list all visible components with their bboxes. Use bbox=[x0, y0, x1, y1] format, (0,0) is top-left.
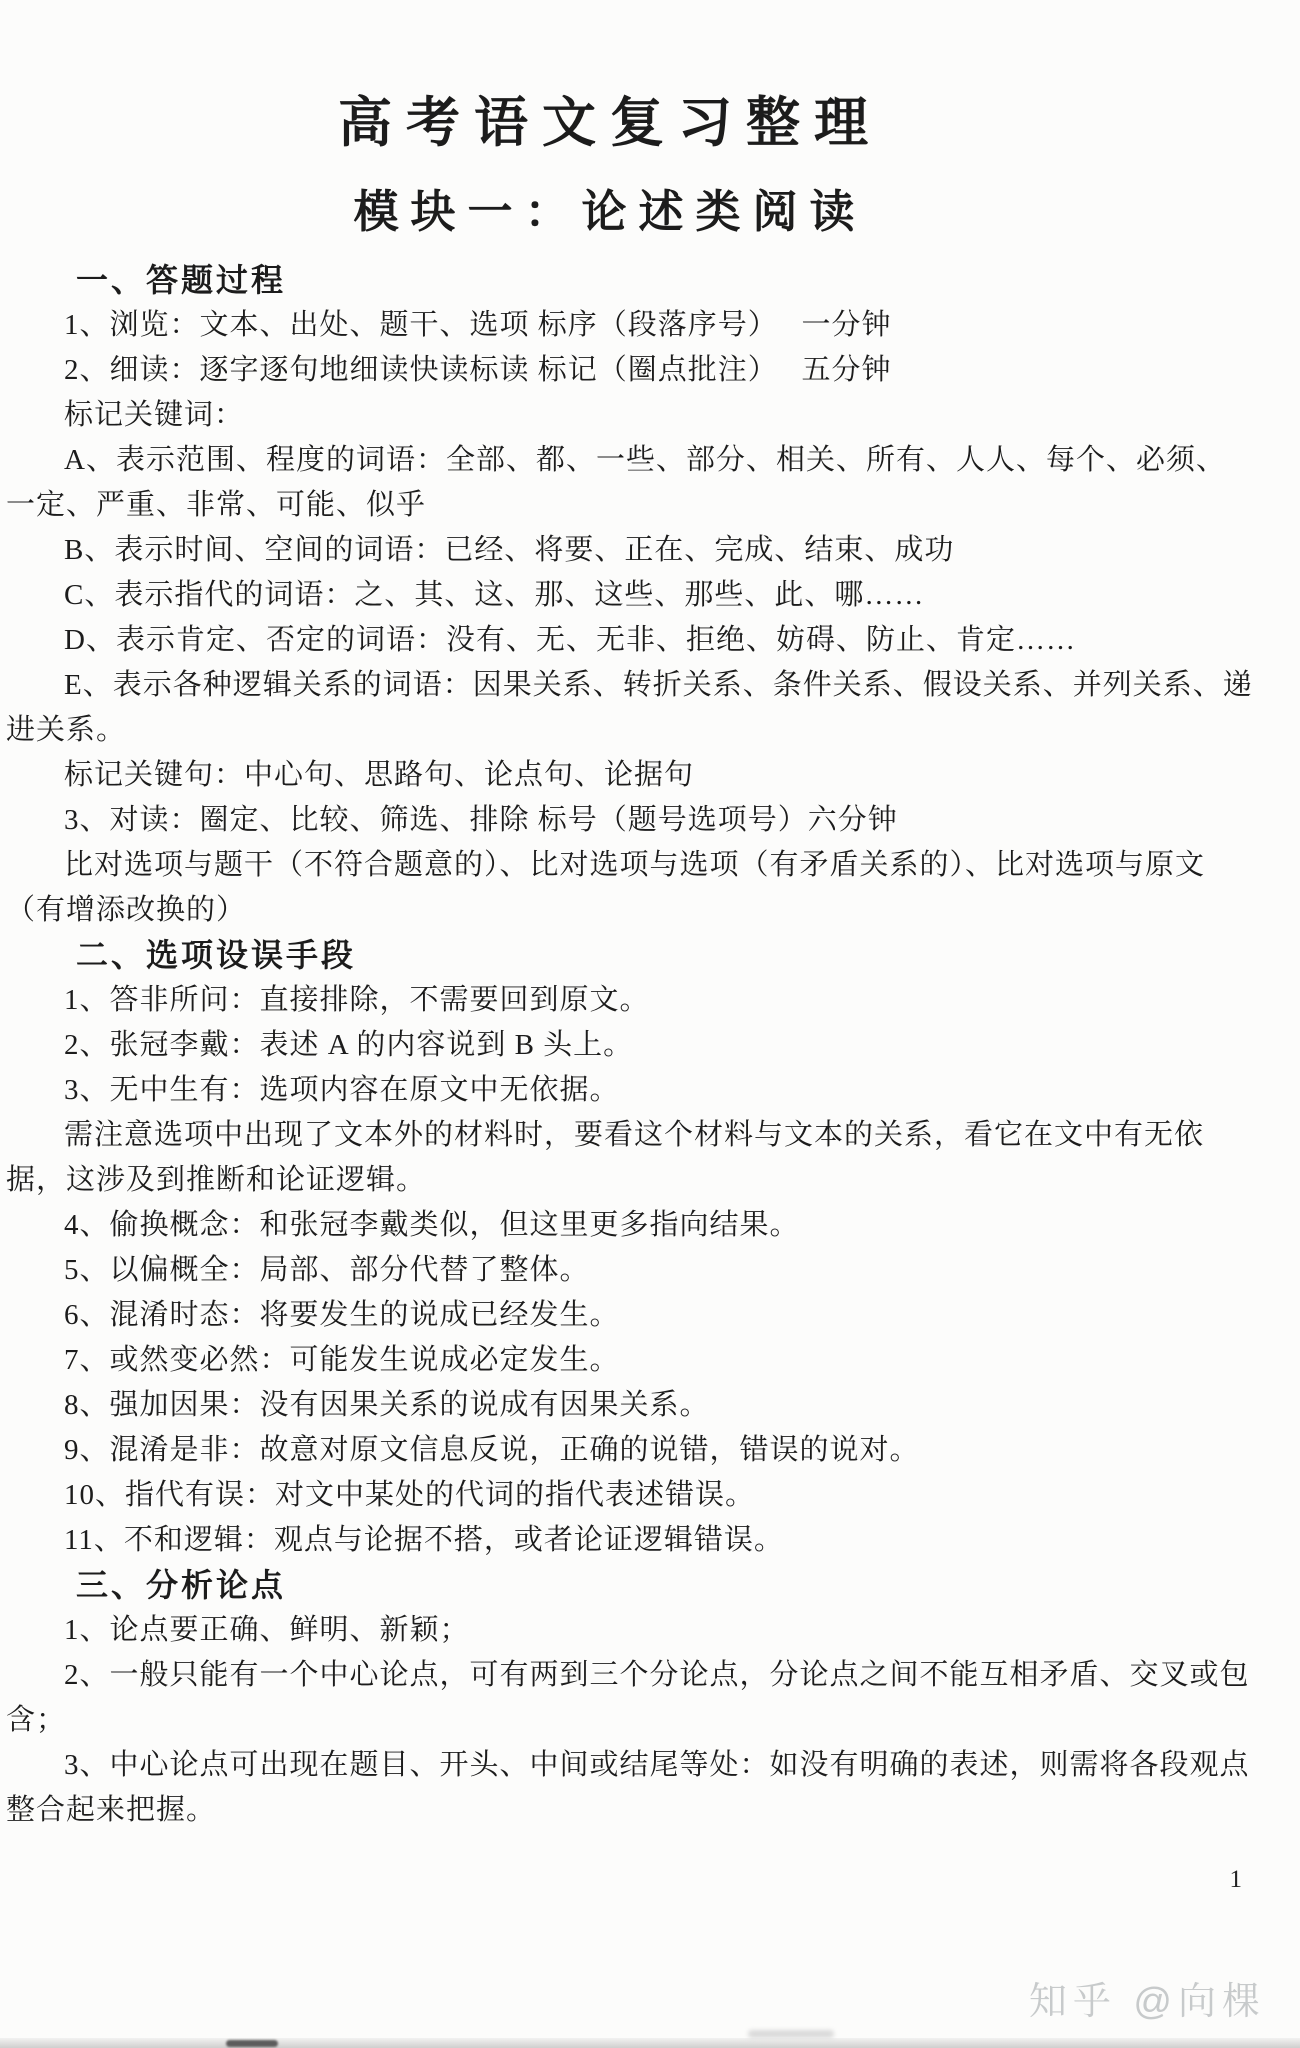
body-paragraph: 8、强加因果：没有因果关系的说成有因果关系。 bbox=[6, 1383, 1254, 1428]
page-title: 高考语文复习整理 bbox=[6, 92, 1214, 154]
body-paragraph: 5、以偏概全：局部、部分代替了整体。 bbox=[6, 1248, 1254, 1293]
page-number: 1 bbox=[1230, 1866, 1243, 1894]
body-paragraph: 3、中心论点可出现在题目、开头、中间或结尾等处：如没有明确的表述，则需将各段观点… bbox=[6, 1743, 1254, 1833]
body-paragraph: B、表示时间、空间的词语：已经、将要、正在、完成、结束、成功 bbox=[6, 528, 1254, 573]
body-paragraph: 9、混淆是非：故意对原文信息反说，正确的说错，错误的说对。 bbox=[6, 1428, 1254, 1473]
body-paragraph: 标记关键句：中心句、思路句、论点句、论据句 bbox=[6, 753, 1254, 798]
body-paragraph: 标记关键词： bbox=[6, 393, 1254, 438]
body-paragraph: 比对选项与题干（不符合题意的）、比对选项与选项（有矛盾关系的）、比对选项与原文（… bbox=[6, 843, 1254, 933]
section-heading: 一、答题过程 bbox=[76, 258, 1254, 303]
body-paragraph: 11、不和逻辑：观点与论据不搭，或者论证逻辑错误。 bbox=[6, 1518, 1254, 1563]
section-heading: 二、选项设误手段 bbox=[76, 933, 1254, 978]
body-paragraph: 1、浏览：文本、出处、题干、选项 标序（段落序号） 一分钟 bbox=[6, 303, 1254, 348]
section-paragraphs: 1、论点要正确、鲜明、新颖；2、一般只能有一个中心论点，可有两到三个分论点，分论… bbox=[6, 1608, 1254, 1833]
body-paragraph: D、表示肯定、否定的词语：没有、无、无非、拒绝、妨碍、防止、肯定…… bbox=[6, 618, 1254, 663]
section-answer-process: 一、答题过程 1、浏览：文本、出处、题干、选项 标序（段落序号） 一分钟2、细读… bbox=[6, 258, 1254, 933]
scanned-document-page: { "page": { "title": "高考语文复习整理", "subtit… bbox=[0, 0, 1300, 2048]
body-paragraph: 2、张冠李戴：表述 A 的内容说到 B 头上。 bbox=[6, 1023, 1254, 1068]
body-paragraph: 6、混淆时态：将要发生的说成已经发生。 bbox=[6, 1293, 1254, 1338]
body-paragraph: 7、或然变必然：可能发生说成必定发生。 bbox=[6, 1338, 1254, 1383]
section-heading: 三、分析论点 bbox=[76, 1563, 1254, 1608]
body-paragraph: 4、偷换概念：和张冠李戴类似，但这里更多指向结果。 bbox=[6, 1203, 1254, 1248]
body-paragraph: 3、对读：圈定、比较、筛选、排除 标号（题号选项号）六分钟 bbox=[6, 798, 1254, 843]
watermark: 知乎 @向棵 bbox=[1029, 1970, 1266, 2025]
module-subtitle: 模块一：论述类阅读 bbox=[6, 184, 1214, 240]
body-paragraph: 需注意选项中出现了文本外的材料时，要看这个材料与文本的关系，看它在文中有无依据，… bbox=[6, 1113, 1254, 1203]
body-paragraph: 2、细读：逐字逐句地细读快读标读 标记（圈点批注） 五分钟 bbox=[6, 348, 1254, 393]
document-body: 高考语文复习整理 模块一：论述类阅读 一、答题过程 1、浏览：文本、出处、题干、… bbox=[0, 0, 1300, 1833]
body-paragraph: C、表示指代的词语：之、其、这、那、这些、那些、此、哪…… bbox=[6, 573, 1254, 618]
scan-artifact-light-smudge bbox=[748, 2030, 834, 2038]
body-paragraph: 2、一般只能有一个中心论点，可有两到三个分论点，分论点之间不能互相矛盾、交叉或包… bbox=[6, 1653, 1254, 1743]
section-paragraphs: 1、浏览：文本、出处、题干、选项 标序（段落序号） 一分钟2、细读：逐字逐句地细… bbox=[6, 303, 1254, 933]
scan-artifact-dark-smudge bbox=[226, 2040, 278, 2047]
body-paragraph: 10、指代有误：对文中某处的代词的指代表述错误。 bbox=[6, 1473, 1254, 1518]
body-paragraph: 1、答非所问：直接排除，不需要回到原文。 bbox=[6, 978, 1254, 1023]
body-paragraph: 1、论点要正确、鲜明、新颖； bbox=[6, 1608, 1254, 1653]
scan-artifact-bottom-band bbox=[0, 2038, 1300, 2048]
body-paragraph: A、表示范围、程度的词语：全部、都、一些、部分、相关、所有、人人、每个、必须、一… bbox=[6, 438, 1254, 528]
section-analyze-thesis: 三、分析论点 1、论点要正确、鲜明、新颖；2、一般只能有一个中心论点，可有两到三… bbox=[6, 1563, 1254, 1833]
body-paragraph: E、表示各种逻辑关系的词语：因果关系、转折关系、条件关系、假设关系、并列关系、递… bbox=[6, 663, 1254, 753]
section-error-tactics: 二、选项设误手段 1、答非所问：直接排除，不需要回到原文。2、张冠李戴：表述 A… bbox=[6, 933, 1254, 1563]
section-paragraphs: 1、答非所问：直接排除，不需要回到原文。2、张冠李戴：表述 A 的内容说到 B … bbox=[6, 978, 1254, 1563]
body-paragraph: 3、无中生有：选项内容在原文中无依据。 bbox=[6, 1068, 1254, 1113]
